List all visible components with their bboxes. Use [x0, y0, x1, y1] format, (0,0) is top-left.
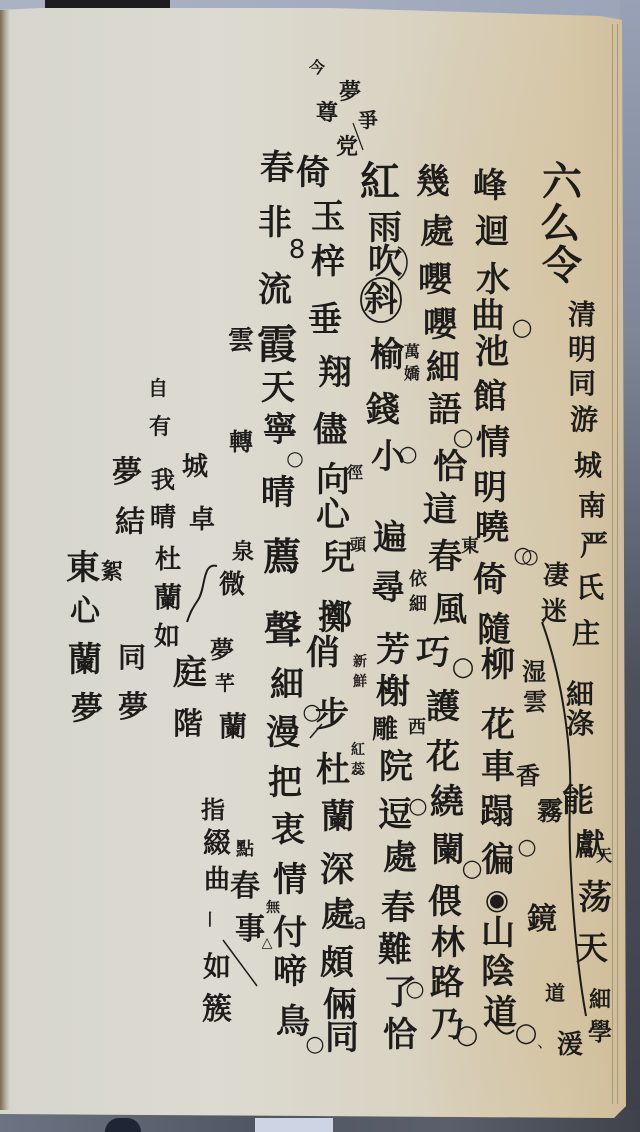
- annotation-character: 依: [409, 571, 427, 589]
- note-character: 夢: [339, 81, 361, 103]
- note-character: 荡: [578, 881, 612, 915]
- note-character: 迷: [541, 599, 567, 625]
- subtitle-character: 南: [578, 492, 606, 520]
- character: 倆: [323, 988, 357, 1022]
- character: 非: [258, 206, 292, 240]
- character: 紅: [360, 162, 400, 202]
- character: 館: [473, 380, 507, 414]
- character: 花: [426, 740, 460, 774]
- character: 啼: [273, 955, 307, 989]
- note-character: 尊: [316, 102, 338, 124]
- annotation-character: 頭: [350, 537, 366, 553]
- character: 難: [378, 933, 412, 967]
- character: 嚶: [418, 263, 452, 297]
- circled-character: 斜: [364, 283, 398, 317]
- annotation-character: 紅: [351, 743, 365, 757]
- character: 道: [483, 996, 517, 1030]
- character: 擲: [318, 601, 352, 635]
- character: 春: [428, 540, 462, 574]
- character: 雨: [368, 211, 402, 245]
- character: 春: [260, 151, 294, 185]
- circle-mark: ○: [460, 856, 484, 880]
- character: 柳: [481, 648, 515, 682]
- note-character: 党: [336, 136, 358, 158]
- character: 俏: [306, 636, 340, 670]
- note-character: 杜: [155, 547, 181, 573]
- character: 垂: [308, 303, 342, 337]
- circle-mark: ○: [454, 1022, 480, 1048]
- character: 向: [316, 463, 350, 497]
- character: 付: [273, 916, 307, 950]
- character: 同: [325, 1021, 359, 1055]
- note-character: 如: [203, 953, 231, 981]
- character: 情: [273, 863, 307, 897]
- note-character: 自: [148, 378, 168, 398]
- character: 錢: [366, 393, 400, 427]
- note-character: 霧: [537, 799, 563, 825]
- character: 幾: [416, 165, 450, 199]
- character: 漫: [266, 716, 300, 750]
- character: 恰: [433, 450, 467, 484]
- character: 天: [261, 371, 295, 405]
- character: 倚: [473, 563, 507, 597]
- annotation-character: 鮮: [353, 675, 367, 689]
- character: 語: [428, 393, 462, 427]
- note-character: 曲: [204, 867, 230, 893]
- character: 風: [433, 593, 467, 627]
- subtitle-character: 城: [574, 452, 602, 480]
- note-character: 細: [566, 681, 594, 709]
- note-character: 事: [235, 915, 265, 945]
- character: 流: [258, 273, 292, 307]
- note-character: 湲: [557, 1032, 583, 1058]
- note-character: 城: [182, 454, 208, 480]
- character: 巧: [416, 636, 450, 670]
- subtitle-character: 氏: [576, 574, 604, 602]
- character: 護: [426, 690, 460, 724]
- circle-mark: ○: [451, 425, 475, 449]
- character: 榆: [370, 338, 404, 372]
- annotation-character: 新: [353, 655, 367, 669]
- note-character: 庭: [173, 656, 207, 690]
- circle-mark: ○: [285, 448, 305, 468]
- character: 頗: [320, 946, 354, 980]
- note-character: 點: [236, 841, 254, 859]
- character: 倚: [296, 156, 330, 190]
- subtitle-character: 游: [570, 406, 598, 434]
- note-character: 轉: [229, 430, 253, 454]
- note-character: 階: [173, 710, 203, 740]
- character: 池: [475, 335, 509, 369]
- character: 雕: [372, 717, 398, 743]
- background-light-object: [255, 1118, 333, 1132]
- character: 步: [315, 698, 349, 732]
- circle-mark: ○: [512, 545, 534, 567]
- character: 杜: [316, 753, 350, 787]
- note-character: 同: [118, 644, 146, 672]
- background-dark-object: [105, 1118, 141, 1132]
- note-character: 卓: [189, 507, 215, 533]
- note-character: 凄: [543, 563, 569, 589]
- character: 曲: [471, 299, 505, 333]
- note-character: 微: [219, 572, 245, 598]
- note-character: 天: [596, 848, 612, 864]
- character: 晴: [261, 476, 295, 510]
- annotation-character: 細: [409, 596, 427, 614]
- character: 心: [316, 498, 350, 532]
- annotation-character: 東: [461, 538, 479, 556]
- character: 嚶: [423, 308, 457, 342]
- character: 曉: [475, 511, 509, 545]
- character: 春: [381, 891, 415, 925]
- character: 逗: [378, 798, 412, 832]
- circle-mark: ○: [510, 315, 534, 339]
- character: 玉: [311, 200, 345, 234]
- character: 榭: [376, 675, 410, 709]
- note-character: 泉: [232, 541, 254, 563]
- character: 山: [481, 916, 515, 950]
- character: 細: [270, 668, 304, 702]
- note-character: 夢: [71, 692, 103, 724]
- circle-mark: ○: [516, 837, 538, 859]
- note-character: 夢: [118, 693, 148, 723]
- circle-mark: ○: [513, 1020, 539, 1046]
- character: 蹋: [480, 795, 514, 829]
- annotation-character: 徑: [347, 465, 363, 481]
- note-character: 結: [115, 508, 145, 538]
- annotation-character: 西: [408, 719, 426, 737]
- note-character: 今: [309, 60, 325, 76]
- note-character: 絮: [101, 561, 123, 583]
- note-character: 有: [149, 416, 171, 438]
- character: 恰: [383, 1018, 417, 1052]
- title-character: 六: [542, 162, 582, 202]
- note-character: 香: [516, 764, 540, 788]
- character: 車: [481, 750, 515, 784]
- character: 儘: [313, 413, 347, 447]
- character: 翔: [318, 356, 352, 390]
- note-character: 鏡: [527, 905, 557, 935]
- subtitle-character: 明: [568, 336, 596, 364]
- note-character: 晴: [150, 505, 176, 531]
- note-character: 細: [589, 989, 611, 1011]
- note-character: 我: [151, 468, 175, 492]
- note-character: 道: [545, 983, 565, 1003]
- circle-mark: ○: [404, 979, 426, 1001]
- note-character: 天: [576, 932, 608, 964]
- character: 明: [473, 471, 507, 505]
- subtitle-character: 庄: [572, 620, 600, 648]
- note-character: 學: [588, 1020, 612, 1044]
- subtitle-character: 清: [568, 301, 596, 329]
- circle-mark: ○: [397, 444, 419, 466]
- title-character: 么: [540, 204, 580, 244]
- character: 遍: [373, 521, 407, 555]
- character: 薦: [263, 538, 301, 576]
- character: 偎: [428, 885, 462, 919]
- character: 處: [420, 215, 454, 249]
- note-character: 指: [201, 798, 225, 822]
- character: 芳: [376, 633, 410, 667]
- character: 陰: [481, 955, 515, 989]
- title-character: 令: [542, 246, 582, 286]
- note-character: 蘭: [219, 713, 247, 741]
- subtitle-character: 同: [568, 370, 596, 398]
- note-character: 能: [562, 784, 594, 816]
- note-character: 湿: [522, 660, 546, 684]
- character: 霞: [257, 325, 297, 365]
- character: 蘭: [321, 800, 355, 834]
- annotation-character: 無: [266, 901, 280, 915]
- character: 隨: [477, 613, 511, 647]
- character: 林: [431, 926, 465, 960]
- note-character: 爭: [358, 110, 378, 130]
- note-character: 蘭: [154, 584, 182, 612]
- character: 情: [476, 426, 510, 460]
- note-character: 心: [70, 597, 100, 627]
- annotation-mark: a: [349, 912, 371, 934]
- character: 細: [426, 351, 460, 385]
- note-character: 夢: [112, 458, 142, 488]
- note-character: 芊: [215, 673, 235, 693]
- character: 尋: [371, 571, 405, 605]
- character: 吹: [368, 245, 402, 279]
- character: 處: [383, 841, 417, 875]
- character: 梓: [311, 245, 345, 279]
- note-character: 雲: [228, 328, 254, 354]
- character: 深: [320, 853, 354, 887]
- character: 水: [476, 263, 510, 297]
- annotation-character: 嬌: [404, 366, 420, 382]
- character: 院: [379, 750, 413, 784]
- note-character: 蘭: [68, 643, 102, 677]
- character: 衷: [271, 813, 305, 847]
- character: 路: [430, 966, 464, 1000]
- character: 迴: [475, 215, 509, 249]
- character: 徧: [481, 843, 515, 877]
- character: 繞: [430, 785, 464, 819]
- comma-mark: 、: [537, 1034, 553, 1050]
- note-character: 夢: [210, 638, 234, 662]
- page-gutter-shadow: [0, 10, 10, 1110]
- page-edge-line: [612, 24, 613, 1104]
- note-character: 簇: [202, 995, 232, 1025]
- annotation-mark: 8: [284, 237, 310, 263]
- annotation-character: 蕊: [351, 763, 365, 777]
- dotted-circle-mark: ◉: [483, 886, 511, 914]
- annotation-character: 萬: [404, 344, 420, 360]
- note-character: 涤: [566, 710, 594, 738]
- character: 把: [268, 766, 302, 800]
- subtitle-character: 严: [580, 532, 608, 560]
- character: 寧: [263, 413, 297, 447]
- character: 花: [481, 708, 515, 742]
- circle-mark: ○: [304, 1034, 326, 1056]
- character: 這: [423, 493, 457, 527]
- note-character: 雲: [523, 690, 547, 714]
- note-character: 如: [154, 624, 180, 650]
- character: 聲: [264, 611, 302, 649]
- circle-mark: ○: [450, 654, 476, 680]
- note-character: 綴: [203, 829, 231, 857]
- character: 峰: [473, 169, 507, 203]
- page-edge-line: [617, 24, 618, 1104]
- note-character: 丨: [202, 912, 218, 928]
- note-character: 東: [66, 551, 100, 585]
- note-character: 春: [230, 872, 260, 902]
